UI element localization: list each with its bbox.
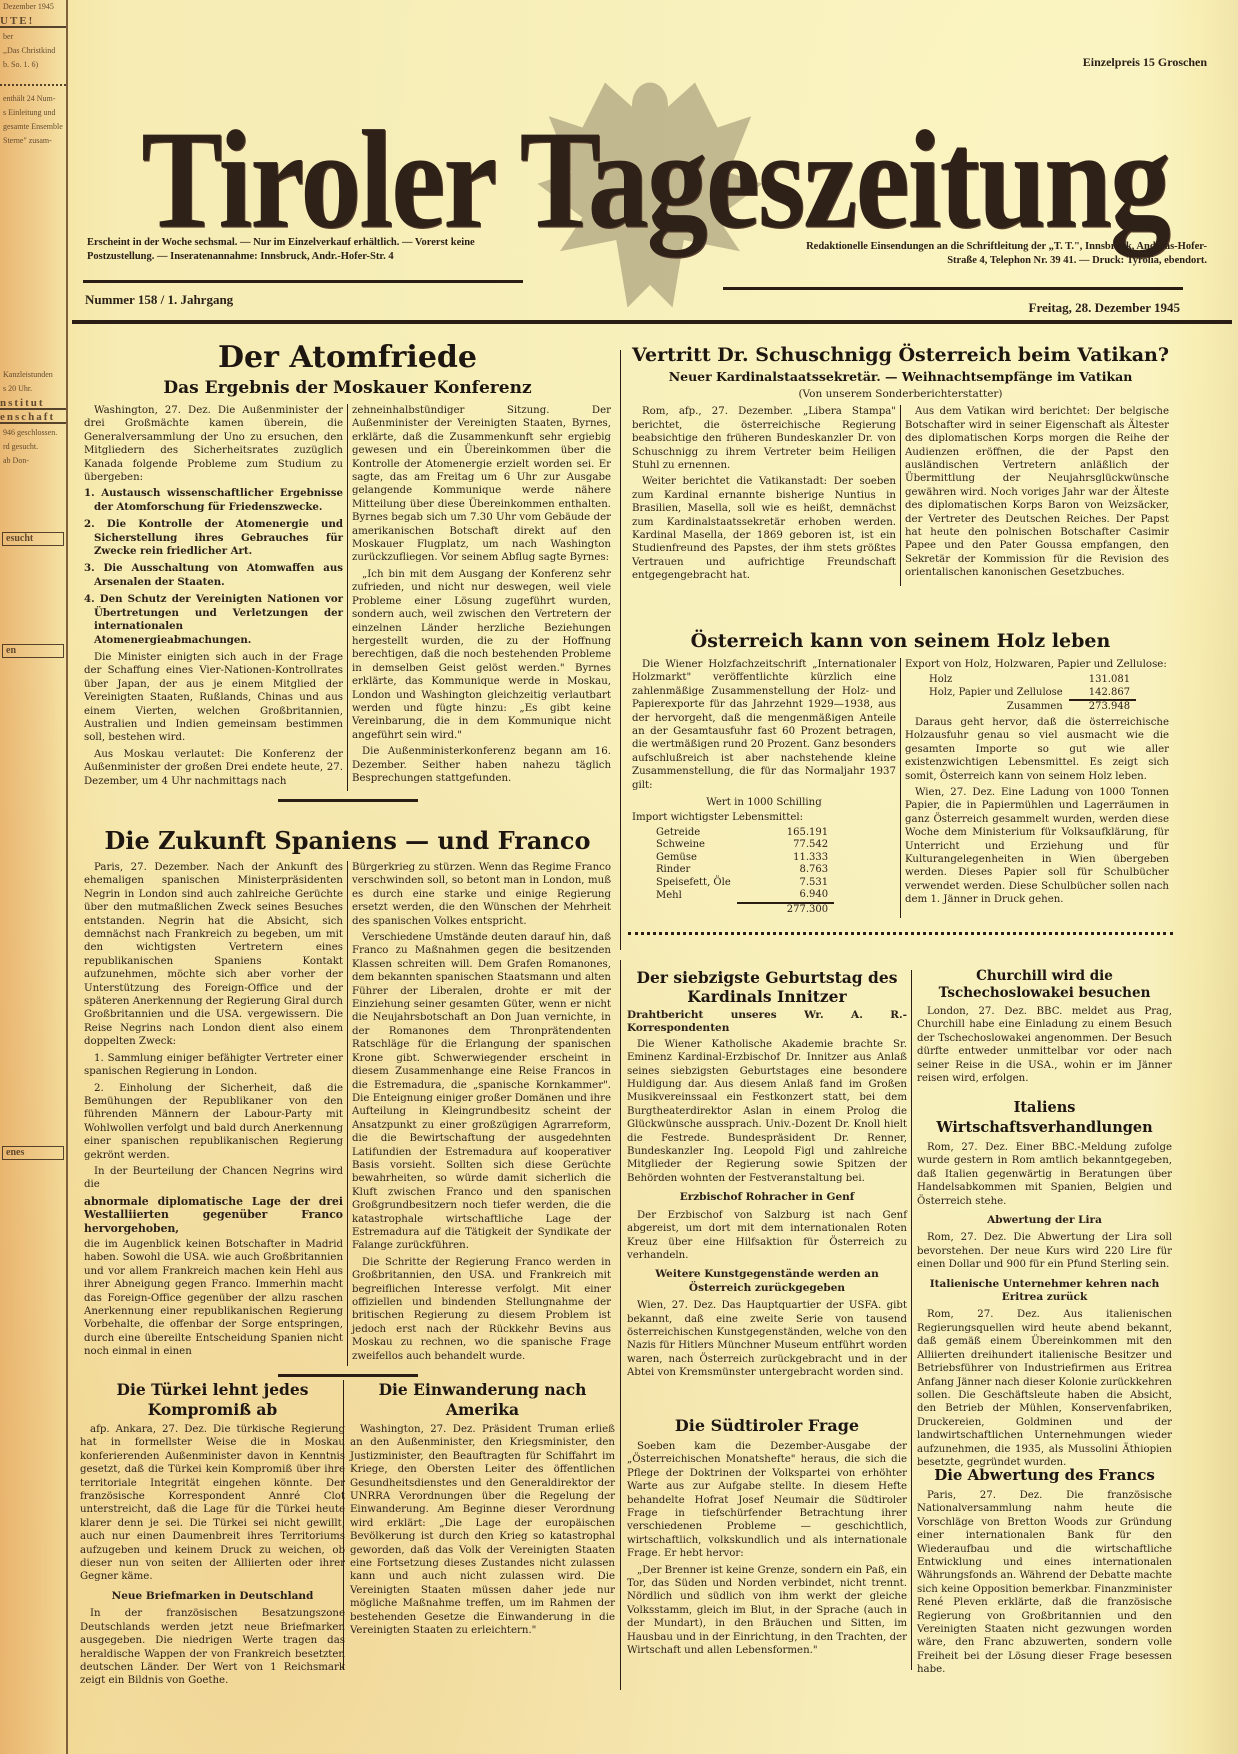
article-atomfriede: Der Atomfriede Das Ergebnis der Moskauer… [80,340,615,810]
adjacent-page-strip: Dezember 1945 UTE! ber ,,Das Christkind … [0,0,68,1754]
issue-date: Freitag, 28. Dezember 1945 [1029,300,1181,316]
subheadline: Erzbischof Rohracher in Genf [627,1191,907,1204]
article-spanien: Die Zukunft Spaniens — und Franco Paris,… [80,825,615,1385]
headline: Italiens Wirtschaftsverhandlungen [917,1098,1172,1138]
publication-info: Erscheint in der Woche sechsmal. — Nur i… [87,236,527,264]
classified-box-en: en [2,644,64,658]
article-franc: Die Abwertung des Francs Paris, 27. Dez.… [917,1465,1172,1680]
export-total: 273.948 [1069,700,1136,714]
headline: Churchill wird die Tschechoslowakei besu… [917,968,1172,1002]
column-divider [620,350,621,950]
import-total: 277.300 [737,903,834,917]
headline: Die Einwanderung nach Amerika [350,1380,615,1420]
column-divider [620,960,621,1690]
article-schuschnigg: Vertritt Dr. Schuschnigg Österreich beim… [628,342,1173,586]
article-holz: Österreich kann von seinem Holz leben Di… [628,628,1173,935]
adjacent-page-heading: UTE! [0,16,66,28]
issue-number: Nummer 158 / 1. Jahrgang [85,292,233,308]
dateline: Drahtbericht unseres Wr. A. R.-Korrespon… [627,1009,907,1036]
article-einwanderung: Die Einwanderung nach Amerika Washington… [350,1380,615,1641]
subheadline: Das Ergebnis der Moskauer Konferenz [80,376,615,400]
section-divider [278,1374,418,1377]
editorial-contact-info: Redaktionelle Einsendungen an die Schrif… [777,240,1207,268]
subheadline: Neue Briefmarken in Deutschland [80,1590,345,1603]
subheadline: Italienische Unternehmer kehren nach Eri… [917,1278,1172,1305]
masthead-rule-left [83,280,523,283]
article-tuerkei: Die Türkei lehnt jedes Kompromiß ab afp.… [80,1380,345,1691]
headline: Die Südtiroler Frage [627,1415,907,1437]
subheadline: Abwertung der Lira [917,1214,1172,1227]
headline: Vertritt Dr. Schuschnigg Österreich beim… [628,342,1173,368]
headline: Der siebzigste Geburtstag des Kardinals … [627,968,907,1006]
classified-box-gesucht: esucht [2,532,64,546]
classified-box-enes: enes [2,1146,64,1160]
article-innitzer: Der siebzigste Geburtstag des Kardinals … [627,968,907,1383]
article-italien: Italiens Wirtschaftsverhandlungen Rom, 2… [917,1098,1172,1472]
headline: Die Abwertung des Francs [917,1465,1172,1486]
headline: Die Zukunft Spaniens — und Franco [80,825,615,857]
adjacent-page-header: Dezember 1945 [0,0,66,14]
article-suedtirol: Die Südtiroler Frage Soeben kam die Deze… [627,1415,907,1661]
subheadline: Neuer Kardinalstaatssekretär. — Weihnach… [628,368,1173,386]
import-table: Getreide165.191 Schweine77.542 Gemüse11.… [656,827,834,917]
article-churchill: Churchill wird die Tschechoslowakei besu… [917,968,1172,1088]
table-caption: Wert in 1000 Schilling [632,796,896,809]
export-table: Holz131.081 Holz, Papier und Zellulose14… [929,674,1136,714]
column-divider [343,1380,344,1670]
masthead-rule-right [723,287,1183,290]
masthead-bottom-rule [72,320,1232,324]
headline: Die Türkei lehnt jedes Kompromiß ab [80,1380,345,1420]
highlighted-statement: abnormale diplomatische Lage der drei We… [84,1195,343,1235]
subheadline: Weitere Kunstgegenstände werden an Öster… [627,1268,907,1295]
headline: Der Atomfriede [80,340,615,376]
section-divider [278,799,418,802]
wavy-divider [0,78,66,86]
wavy-divider [628,924,1173,935]
column-divider [911,970,912,1670]
byline: (Von unserem Sonderberichterstatter) [628,388,1173,401]
masthead: Einzelpreis 15 Groschen Tiroler Tageszei… [75,0,1235,320]
single-copy-price: Einzelpreis 15 Groschen [1083,55,1207,70]
import-label: Import wichtigster Lebensmittel: [632,811,896,824]
headline: Österreich kann von seinem Holz leben [628,628,1173,654]
